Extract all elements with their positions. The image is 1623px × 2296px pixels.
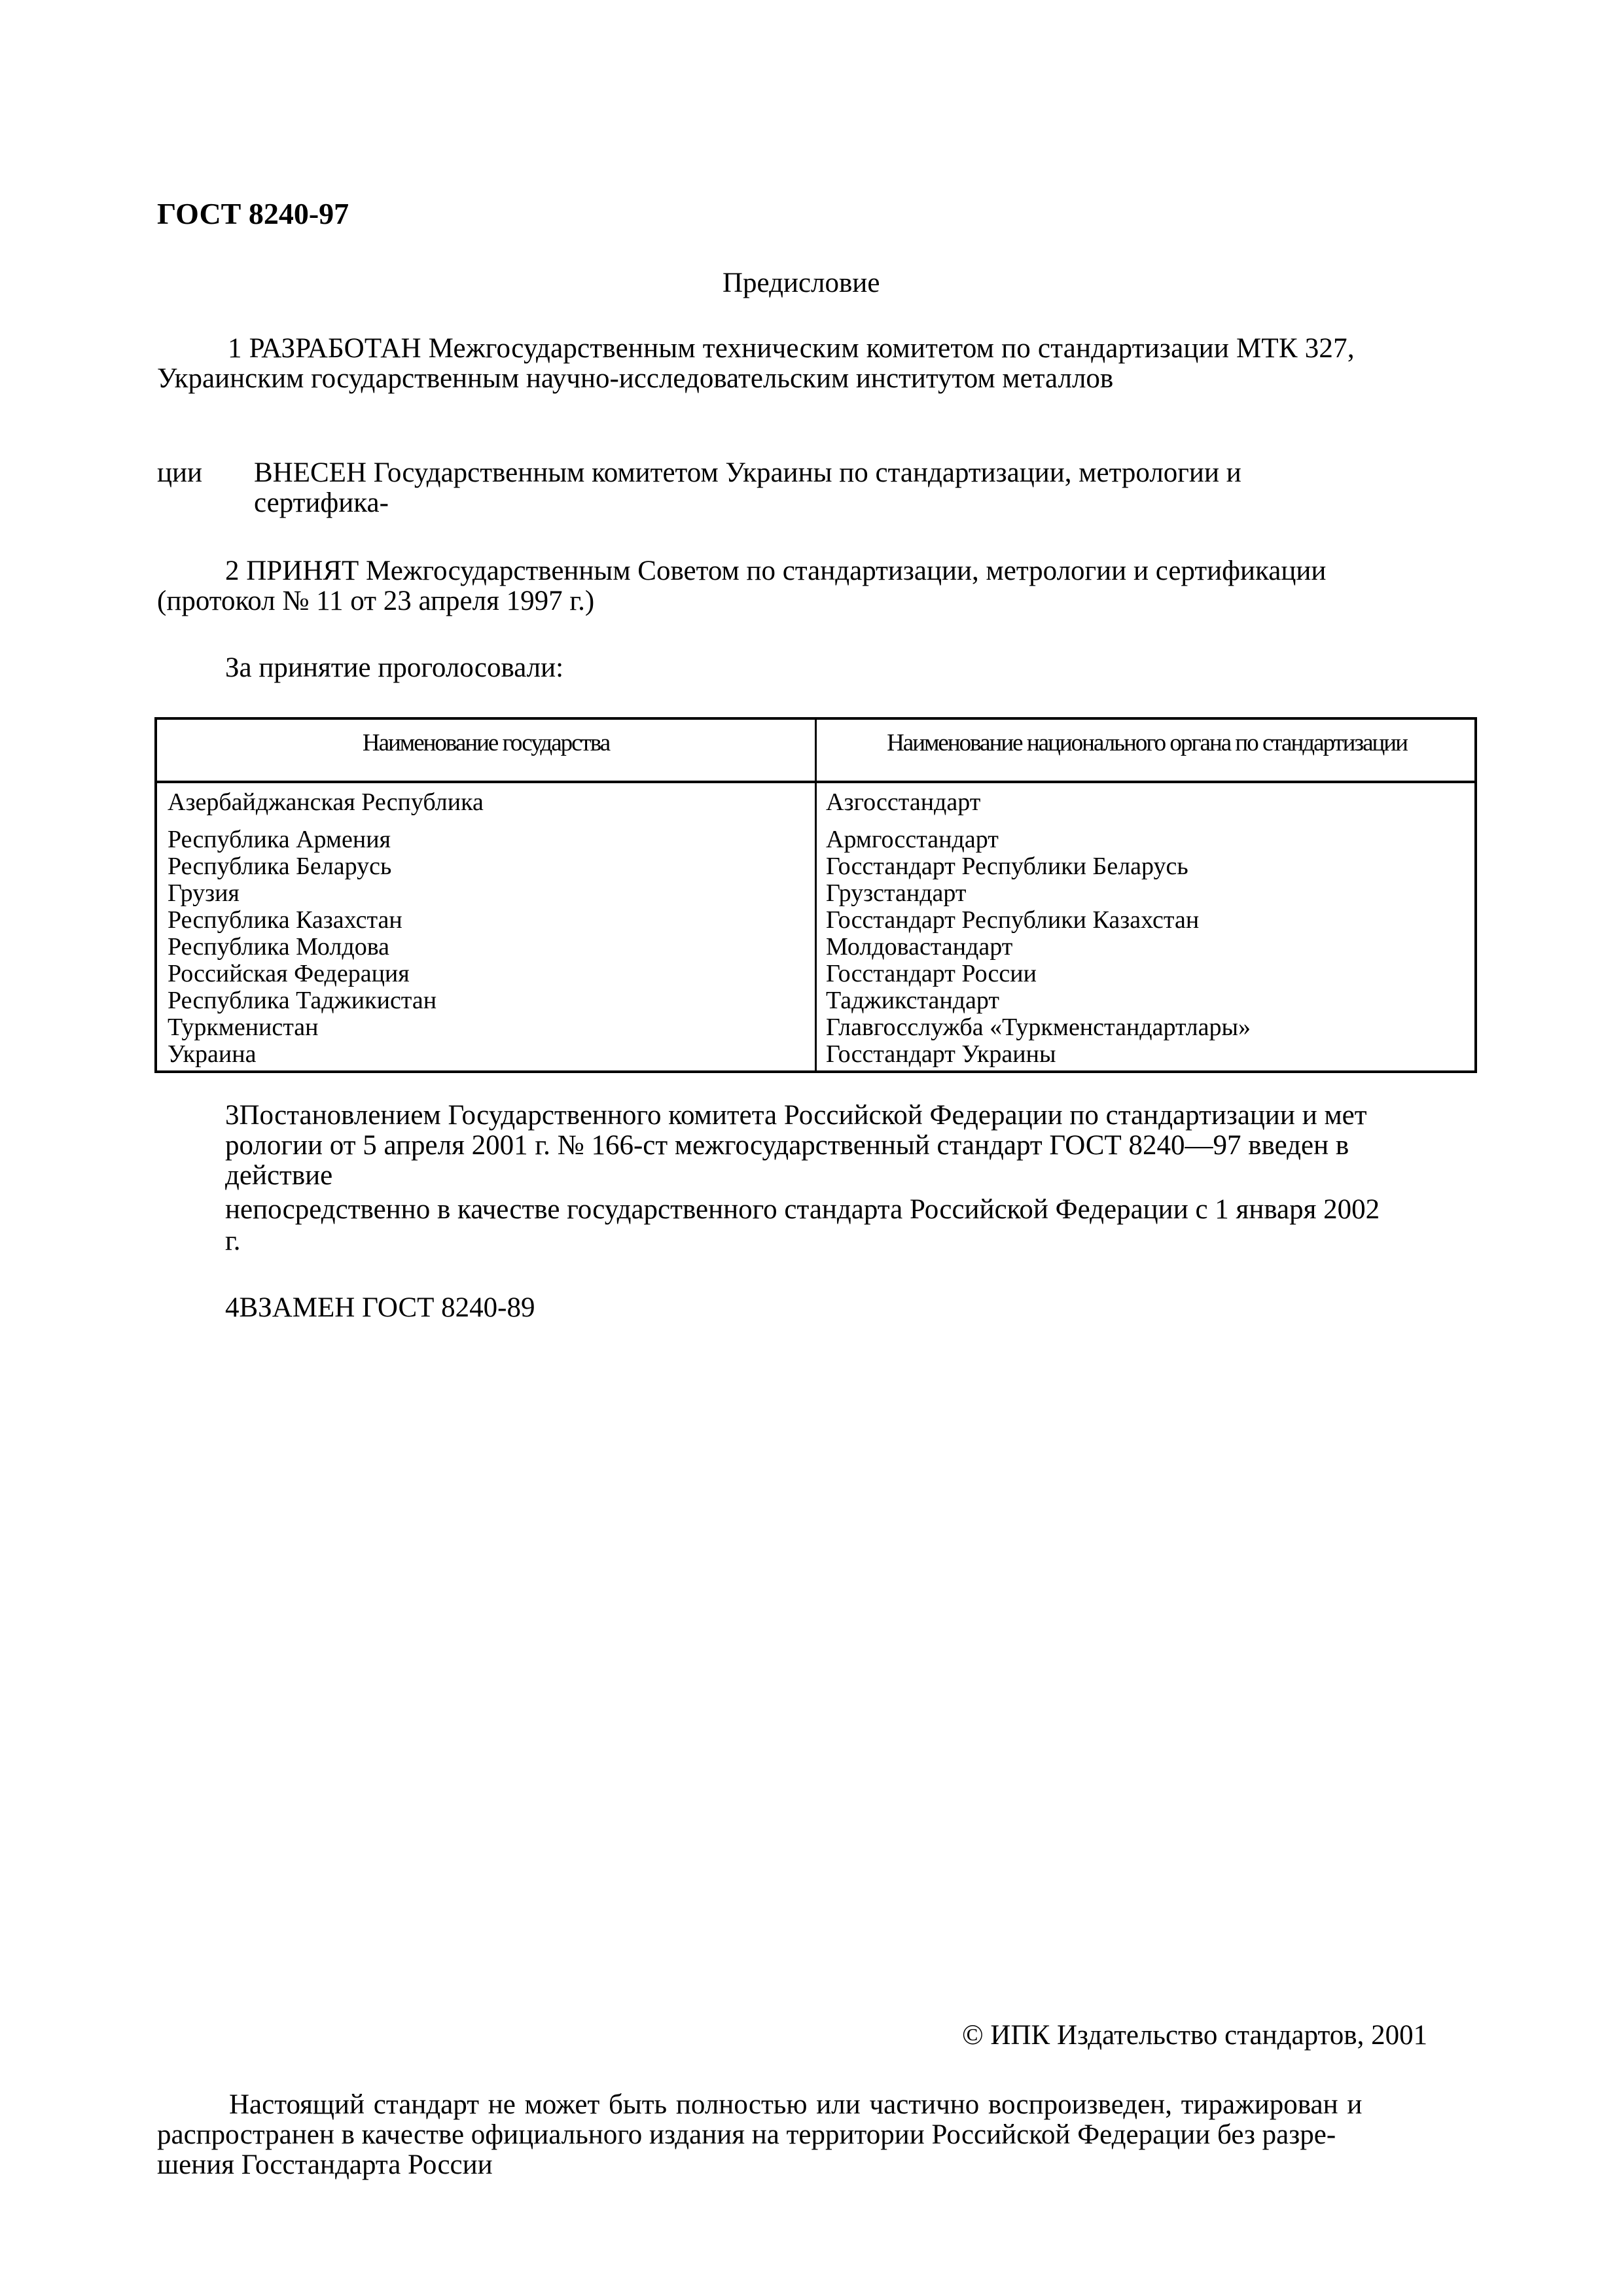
table-cell: Госстандарт Республики Беларусь [826,853,1251,880]
copyright-notice: © ИПК Издательство стандартов, 2001 [962,2021,1427,2051]
table-cell: Госстандарт Республики Казахстан [826,907,1251,934]
table-cell: Республика Казахстан [168,907,484,934]
table-cell: Азгосстандарт [826,789,1251,816]
table-cell: Госстандарт России [826,961,1251,987]
paragraph-3-line-5: г. [225,1226,241,1256]
table-cell: Республика Беларусь [168,853,484,880]
table-cell: Республика Молдова [168,934,484,961]
voting-table: Наименование государства Наименование на… [154,717,1477,1073]
table-cell: Туркменистан [168,1014,484,1041]
paragraph-1b-prefix: ции [157,458,202,488]
paragraph-2-line-2: (протокол № 11 от 23 апреля 1997 г.) [157,586,594,616]
paragraph-1-line-1: 1 РАЗРАБОТАН Межгосударственным техничес… [228,334,1355,364]
paragraph-1-line-2: Украинским государственным научно-исслед… [157,364,1113,394]
table-cell: Азербайджанская Республика [168,789,484,816]
table-cell: Российская Федерация [168,961,484,987]
table-cell: Молдовастандарт [826,934,1251,961]
vote-intro: За принятие проголосовали: [225,653,563,683]
table-cell: Грузия [168,880,484,907]
paragraph-1b-line-2: сертифика- [254,488,389,518]
paragraph-4: 4ВЗАМЕН ГОСТ 8240-89 [225,1293,535,1323]
reproduction-notice-line-2: распространен в качестве официального из… [157,2120,1336,2150]
table-column-divider [815,720,817,1070]
reproduction-notice-line-3: шения Госстандарта России [157,2150,493,2180]
table-column-states: Азербайджанская Республика Республика Ар… [168,789,484,1068]
table-cell: Таджикстандарт [826,987,1251,1014]
table-header-body: Наименование национального органа по ста… [817,729,1477,757]
table-cell: Главгосслужба «Туркменстандартлары» [826,1014,1251,1041]
paragraph-3-line-1: 3Постановлением Государственного комитет… [225,1101,1367,1131]
document-code: ГОСТ 8240-97 [157,196,349,231]
paragraph-3-line-2: рологии от 5 апреля 2001 г. № 166-ст меж… [225,1131,1349,1161]
table-cell: Грузстандарт [826,880,1251,907]
paragraph-1b-line-1: ВНЕСЕН Государственным комитетом Украины… [254,458,1241,488]
table-cell: Украина [168,1041,484,1068]
paragraph-3-line-3: действие [225,1161,332,1191]
reproduction-notice-line-1: Настоящий стандарт не может быть полност… [229,2090,1362,2120]
section-title: Предисловие [722,268,880,298]
paragraph-3-line-4: непосредственно в качестве государственн… [225,1195,1380,1225]
table-cell: Армгосстандарт [826,826,1251,853]
paragraph-2-line-1: 2 ПРИНЯТ Межгосударственным Советом по с… [225,556,1326,586]
table-column-bodies: Азгосстандарт Армгосстандарт Госстандарт… [826,789,1251,1068]
table-cell: Республика Таджикистан [168,987,484,1014]
table-header-state: Наименование государства [157,729,815,757]
table-cell: Госстандарт Украины [826,1041,1251,1068]
table-cell: Республика Армения [168,826,484,853]
